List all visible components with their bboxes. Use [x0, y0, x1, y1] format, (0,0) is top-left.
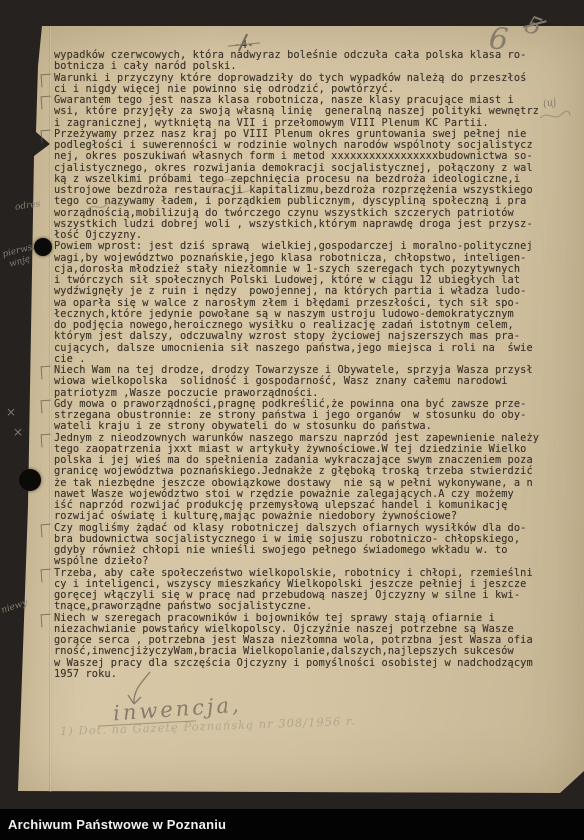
typed-line: Powiem wprost: jest dziś sprawą wielkiej… [54, 241, 584, 252]
typed-line: wiowa wielkopolska solidność i gospodarn… [54, 376, 584, 387]
document-scan: -4- 6 5 wypadków czerwcowych, która nadw… [0, 0, 584, 840]
typed-line: botnicza i cały naród polski. [54, 61, 584, 72]
typed-line: w Waszej pracy dla szczęścia Ojczyzny i … [54, 658, 584, 669]
typed-line: rność,inwencjiżyczyWam,bracia Wielkopola… [54, 646, 584, 657]
archive-name: Archiwum Państwowe w Poznaniu [8, 817, 226, 832]
typed-line: rozwijać oświatę i kulturę,mając poważni… [54, 511, 584, 522]
typed-line: tnące,praworządne państwo socjalistyczne… [54, 601, 584, 612]
typed-line: wateli kraju i ze strony obywateli do w … [54, 421, 584, 432]
pencil-arrow [118, 670, 164, 718]
typed-line: wydźwignęły je z ruin i nędzy powojennej… [54, 286, 584, 297]
typed-line: tego co nazywamy ładem, i porządkiem pub… [54, 196, 584, 207]
punch-hole [19, 469, 41, 491]
typed-line: granicę województwa poznańskiego.Jednakż… [54, 466, 584, 477]
typed-text-block: wypadków czerwcowych, która nadwyraz bol… [54, 50, 584, 680]
page-number: -4- [234, 38, 254, 51]
margin-check-mark: × [6, 405, 16, 419]
pencil-squiggle [86, 201, 126, 213]
typed-line: wsi, które przyjęły za swoją własną lini… [54, 106, 584, 117]
typed-line: którym jest dalszy, odczuwalny wzrost st… [54, 331, 584, 342]
pencil-squiggle [538, 108, 572, 124]
typed-line: wspólne dzieło? [54, 556, 584, 567]
archive-footer: Archiwum Państwowe w Poznaniu [0, 809, 584, 840]
typed-line: nej, okres poszukiwań własnych form i me… [54, 151, 584, 162]
margin-check-mark: × [13, 425, 23, 439]
punch-hole [34, 238, 52, 256]
pencil-squiggle [80, 604, 110, 614]
typed-line: cujących, dalsze umocnienia sił naszego … [54, 343, 584, 354]
pencil-page-number: 6 [488, 21, 510, 58]
